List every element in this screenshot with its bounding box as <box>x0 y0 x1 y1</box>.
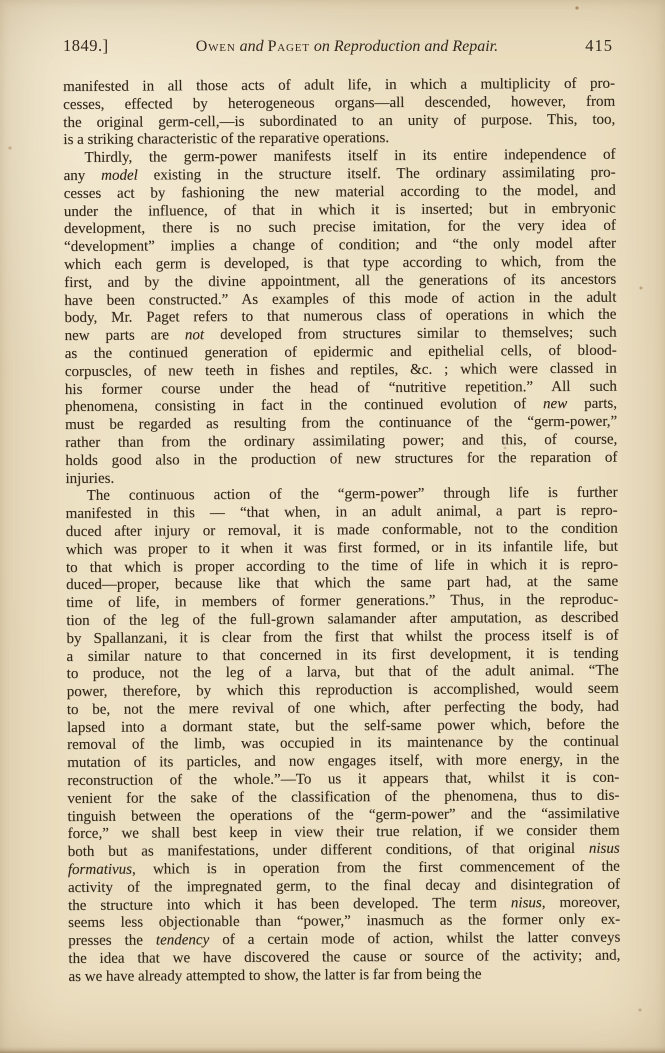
text-run: The continuous action of the “germ-power… <box>87 485 618 504</box>
scanned-page: 1849.] Owen and Paget on Reproduction an… <box>0 0 665 1053</box>
text-run: holds good also in the production of new… <box>65 449 617 468</box>
text-run: nisus <box>589 841 620 857</box>
text-run: Thirdly, the germ-power manifests itself… <box>84 147 615 166</box>
text-run: formativus <box>68 862 132 878</box>
text-run: the structure into which it has been dev… <box>68 895 511 914</box>
text-run: his former course under the head of “nut… <box>65 378 617 397</box>
header-year: 1849.] <box>63 36 109 56</box>
page-header: 1849.] Owen and Paget on Reproduction an… <box>63 36 613 56</box>
page-number: 415 <box>585 36 613 56</box>
text-run: not <box>185 327 204 343</box>
text-run: “development” implies a change of condit… <box>64 236 616 255</box>
text-run: new <box>543 396 567 412</box>
paragraph: The continuous action of the “germ-power… <box>66 485 621 987</box>
text-run: as the continued generation of epidermic… <box>65 343 617 362</box>
text-run: , which is in operation from the first c… <box>132 859 620 878</box>
text-run: to produce, not the leg of a larva, but … <box>67 663 619 682</box>
text-run: have been constructed.” As examples of t… <box>64 289 616 308</box>
running-title-conjunction: and <box>240 38 264 55</box>
text-run: corpuscles, of new teeth in fishes and r… <box>65 360 617 379</box>
text-run: is a striking characteristic of the repa… <box>63 130 389 148</box>
text-run: removal of the limb, was occupied in its… <box>67 734 619 753</box>
text-run: reconstruction of the whole.”—To us it a… <box>67 770 619 789</box>
text-run: cesses, effected by heterogeneous organs… <box>63 93 615 112</box>
running-title: Owen and Paget on Reproduction and Repai… <box>196 38 498 56</box>
text-run: tinguish between the operations of the “… <box>67 805 619 824</box>
text-run: a similar nature to that concerned in it… <box>66 645 618 664</box>
text-run: existing in the structure itself. The or… <box>138 165 616 184</box>
running-title-subject: on Reproduction and Repair. <box>314 38 498 55</box>
text-line: holds good also in the production of new… <box>65 449 617 470</box>
text-run: new parts are <box>65 327 185 344</box>
text-run: of a certain mode of action, whilst the … <box>209 930 620 949</box>
text-run: venient for the sake of the classificati… <box>67 787 619 806</box>
page-body: manifested in all those acts of adult li… <box>63 76 621 987</box>
text-line: the idea that we have discovered the cau… <box>68 948 620 969</box>
running-title-author1: Owen <box>196 38 236 55</box>
text-run: seems less objectionable than “power,” i… <box>68 912 620 931</box>
text-run: power, therefore, by which this reproduc… <box>67 681 619 700</box>
text-line: as we have already attempted to show, th… <box>68 965 620 986</box>
text-run: injuries. <box>65 470 114 486</box>
text-run: by Spallanzani, it is clear from the fir… <box>66 627 618 646</box>
text-run: the original germ-cell,—is subordinated … <box>63 111 615 130</box>
text-run: which each germ is developed, is that ty… <box>64 254 616 273</box>
text-run: presses the <box>68 933 156 950</box>
text-run: cesses act by fashioning the new materia… <box>64 182 616 201</box>
paragraph: Thirdly, the germ-power manifests itself… <box>63 147 617 489</box>
text-run: duced after injury or removal, it is mad… <box>66 521 618 540</box>
text-run: nisus <box>511 895 542 911</box>
scan-bottom-edge <box>0 1047 665 1053</box>
text-run: under the influence, of that in which it… <box>64 200 616 219</box>
text-run: model <box>101 168 138 184</box>
text-run: tendency <box>156 932 209 948</box>
text-run: manifested in this — “that when, in an a… <box>66 503 618 522</box>
text-run: rather than from the ordinary assimilati… <box>65 432 617 451</box>
text-run: body, Mr. Paget refers to that numerous … <box>64 307 616 326</box>
text-run: parts, <box>567 396 617 412</box>
text-run: both but as manifestations, under differ… <box>68 841 589 860</box>
text-run: , moreover, <box>542 894 620 910</box>
text-run: first, and by the divine appointment, al… <box>64 271 616 290</box>
text-run: which was proper to it when it was first… <box>66 538 618 557</box>
text-run: to be, not the mere revival of one which… <box>67 699 619 718</box>
text-run: the idea that we have discovered the cau… <box>68 948 620 967</box>
text-run: must be regarded as resulting from the c… <box>65 414 617 433</box>
text-run: mutation of its particles, and now engag… <box>67 752 619 771</box>
text-run: activity of the impregnated germ, to the… <box>68 876 620 895</box>
text-run: developed from structures similar to the… <box>204 325 617 344</box>
text-run: as we have already attempted to show, th… <box>68 966 481 985</box>
text-run: any <box>64 168 102 184</box>
paragraph: manifested in all those acts of adult li… <box>63 76 615 151</box>
text-run: lapsed into a dormant state, but the sel… <box>67 716 619 735</box>
text-run: phenomena, consisting in fact in the con… <box>65 396 543 415</box>
text-run: development, there is no such precise im… <box>64 218 616 237</box>
text-run: force,” we shall best keep in view their… <box>68 823 620 842</box>
text-run: time of life, in members of former gener… <box>66 592 618 611</box>
text-run: manifested in all those acts of adult li… <box>63 76 615 95</box>
text-run: duced—proper, because like that which th… <box>66 574 618 593</box>
text-run: tion of the leg of the full-grown salama… <box>66 610 618 629</box>
text-run: to that which is proper according to the… <box>66 556 618 575</box>
running-title-author2: Paget <box>268 38 310 55</box>
